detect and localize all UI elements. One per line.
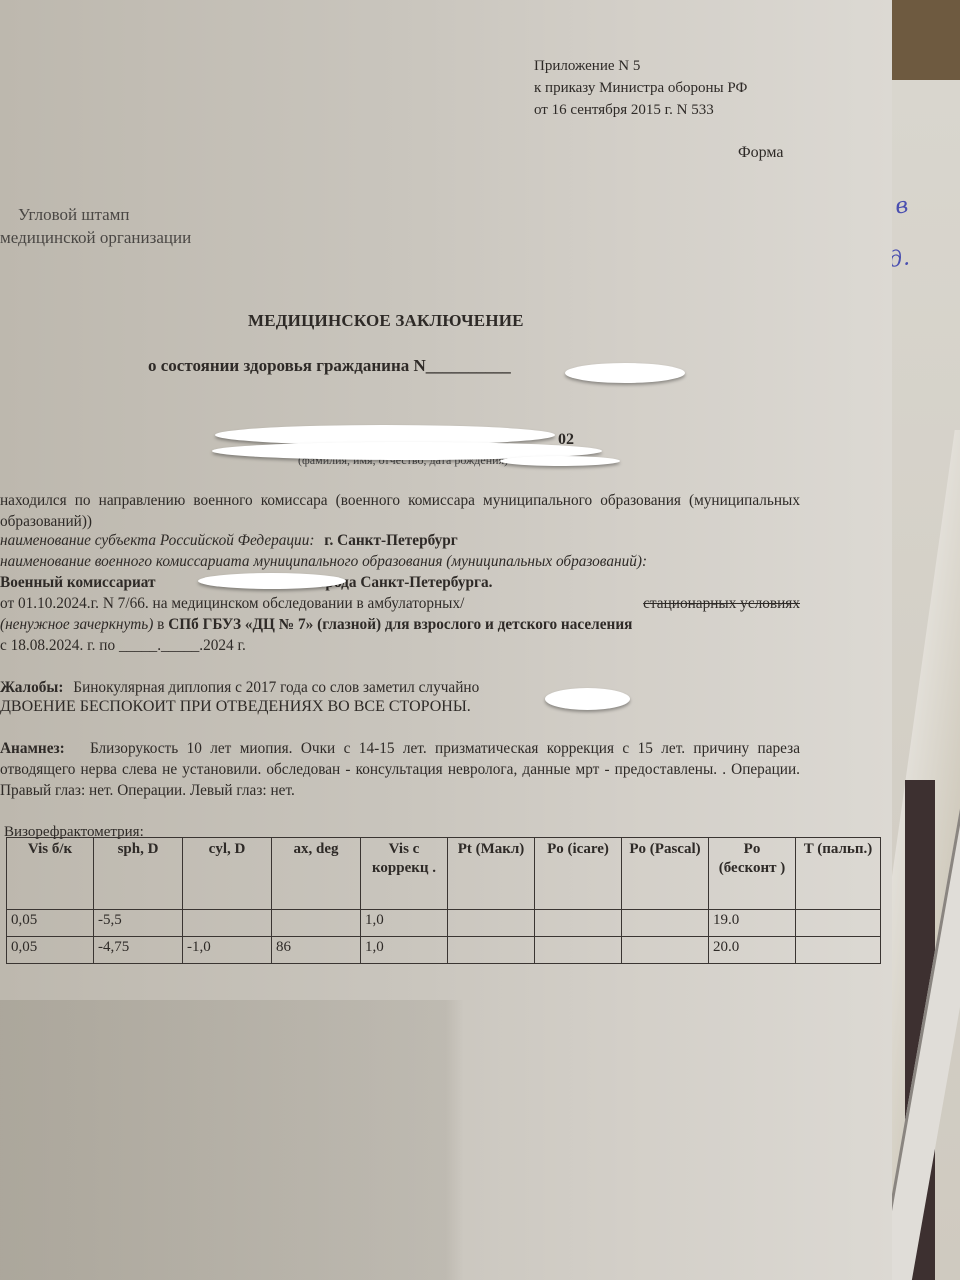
table-cell: -4,75 [94,937,183,964]
stamp-line-2: медицинской организации [0,226,191,249]
appendix-line-1: Приложение N 5 [534,55,640,77]
column-header: sph, D [94,838,183,910]
table-cell: 1,0 [361,910,448,937]
redaction-mark [545,688,630,710]
anamnesis-block: Анамнез: Близорукость 10 лет миопия. Очк… [0,738,800,801]
table-cell: 86 [272,937,361,964]
subject-row: наименование субъекта Российской Федерац… [0,532,458,550]
anamnesis-label: Анамнез: [0,740,65,757]
complaints-line-2: ДВОЕНИЕ БЕСПОКОИТ ПРИ ОТВЕДЕНИЯХ ВО ВСЕ … [0,698,471,716]
facility-row: (ненужное зачеркнуть) в СПб ГБУЗ «ДЦ № 7… [0,616,632,634]
appendix-line-2: к приказу Министра обороны РФ [534,77,747,99]
page-shadow [0,1000,892,1280]
table-cell [622,910,709,937]
table-row: 0,05-5,51,019.0 [7,910,881,937]
visorefractometry-table: Vis б/кsph, Dcyl, Dax, degVis с коррекц … [6,837,881,964]
table-cell: -5,5 [94,910,183,937]
table-cell: 20.0 [709,937,796,964]
referral-date-row: от 01.10.2024.г. N 7/66. на медицинском … [0,595,800,613]
referral-text: находился по направлению военного комисс… [0,490,800,532]
facility-name: СПб ГБУЗ «ДЦ № 7» (глазной) для взрослог… [168,616,632,633]
redaction-mark [565,363,685,383]
redaction-mark [500,456,620,466]
column-header: cyl, D [183,838,272,910]
complaints-row: Жалобы: Бинокулярная диплопия с 2017 год… [0,679,479,697]
strike-note: (ненужное зачеркнуть) [0,616,153,633]
commissariat-label: наименование военного комиссариата муниц… [0,553,647,571]
column-header: Po (Pascal) [622,838,709,910]
stamp-line-1: Угловой штамп [0,203,191,226]
column-header: Po (бесконт ) [709,838,796,910]
column-header: Pt (Макл) [448,838,535,910]
table-cell [535,910,622,937]
table-header-row: Vis б/кsph, Dcyl, Dax, degVis с коррекц … [7,838,881,910]
exam-period: с 18.08.2024. г. по _____._____.2024 г. [0,637,246,655]
medical-conclusion-page: Приложение N 5 к приказу Министра оборон… [0,0,892,1280]
table-cell [183,910,272,937]
column-header: Po (icare) [535,838,622,910]
table-cell: 0,05 [7,910,94,937]
column-header: ax, deg [272,838,361,910]
table-cell [272,910,361,937]
commissariat-prefix: Военный комиссариат [0,574,156,591]
complaints-text: Бинокулярная диплопия с 2017 года со сло… [73,679,479,696]
table-cell [796,937,881,964]
table-cell: 1,0 [361,937,448,964]
anamnesis-text: Близорукость 10 лет миопия. Очки с 14-15… [0,740,800,799]
table-cell [622,937,709,964]
table-cell: 19.0 [709,910,796,937]
table-row: 0,05-4,75-1,0861,020.0 [7,937,881,964]
column-header: Vis с коррекц . [361,838,448,910]
form-label: Форма [738,144,784,162]
table-cell [448,937,535,964]
table-cell: 0,05 [7,937,94,964]
table-cell [535,937,622,964]
corner-stamp-placeholder: Угловой штамп медицинской организации [0,203,191,249]
column-header: T (пальп.) [796,838,881,910]
appendix-line-3: от 16 сентября 2015 г. N 533 [534,99,714,121]
column-header: Vis б/к [7,838,94,910]
subject-label: наименование субъекта Российской Федерац… [0,532,314,549]
complaints-label: Жалобы: [0,679,63,696]
document-subtitle: о состоянии здоровья гражданина N_______… [148,356,511,376]
struck-option: стационарных условиях [643,595,800,613]
document-title: МЕДИЦИНСКОЕ ЗАКЛЮЧЕНИЕ [248,311,524,331]
in-word: в [157,616,164,633]
table-cell [448,910,535,937]
referral-from: от 01.10.2024.г. N 7/66. на медицинском … [0,595,464,612]
redaction-mark [198,573,346,589]
table-cell [796,910,881,937]
table-cell: -1,0 [183,937,272,964]
subject-value: г. Санкт-Петербург [324,532,457,549]
